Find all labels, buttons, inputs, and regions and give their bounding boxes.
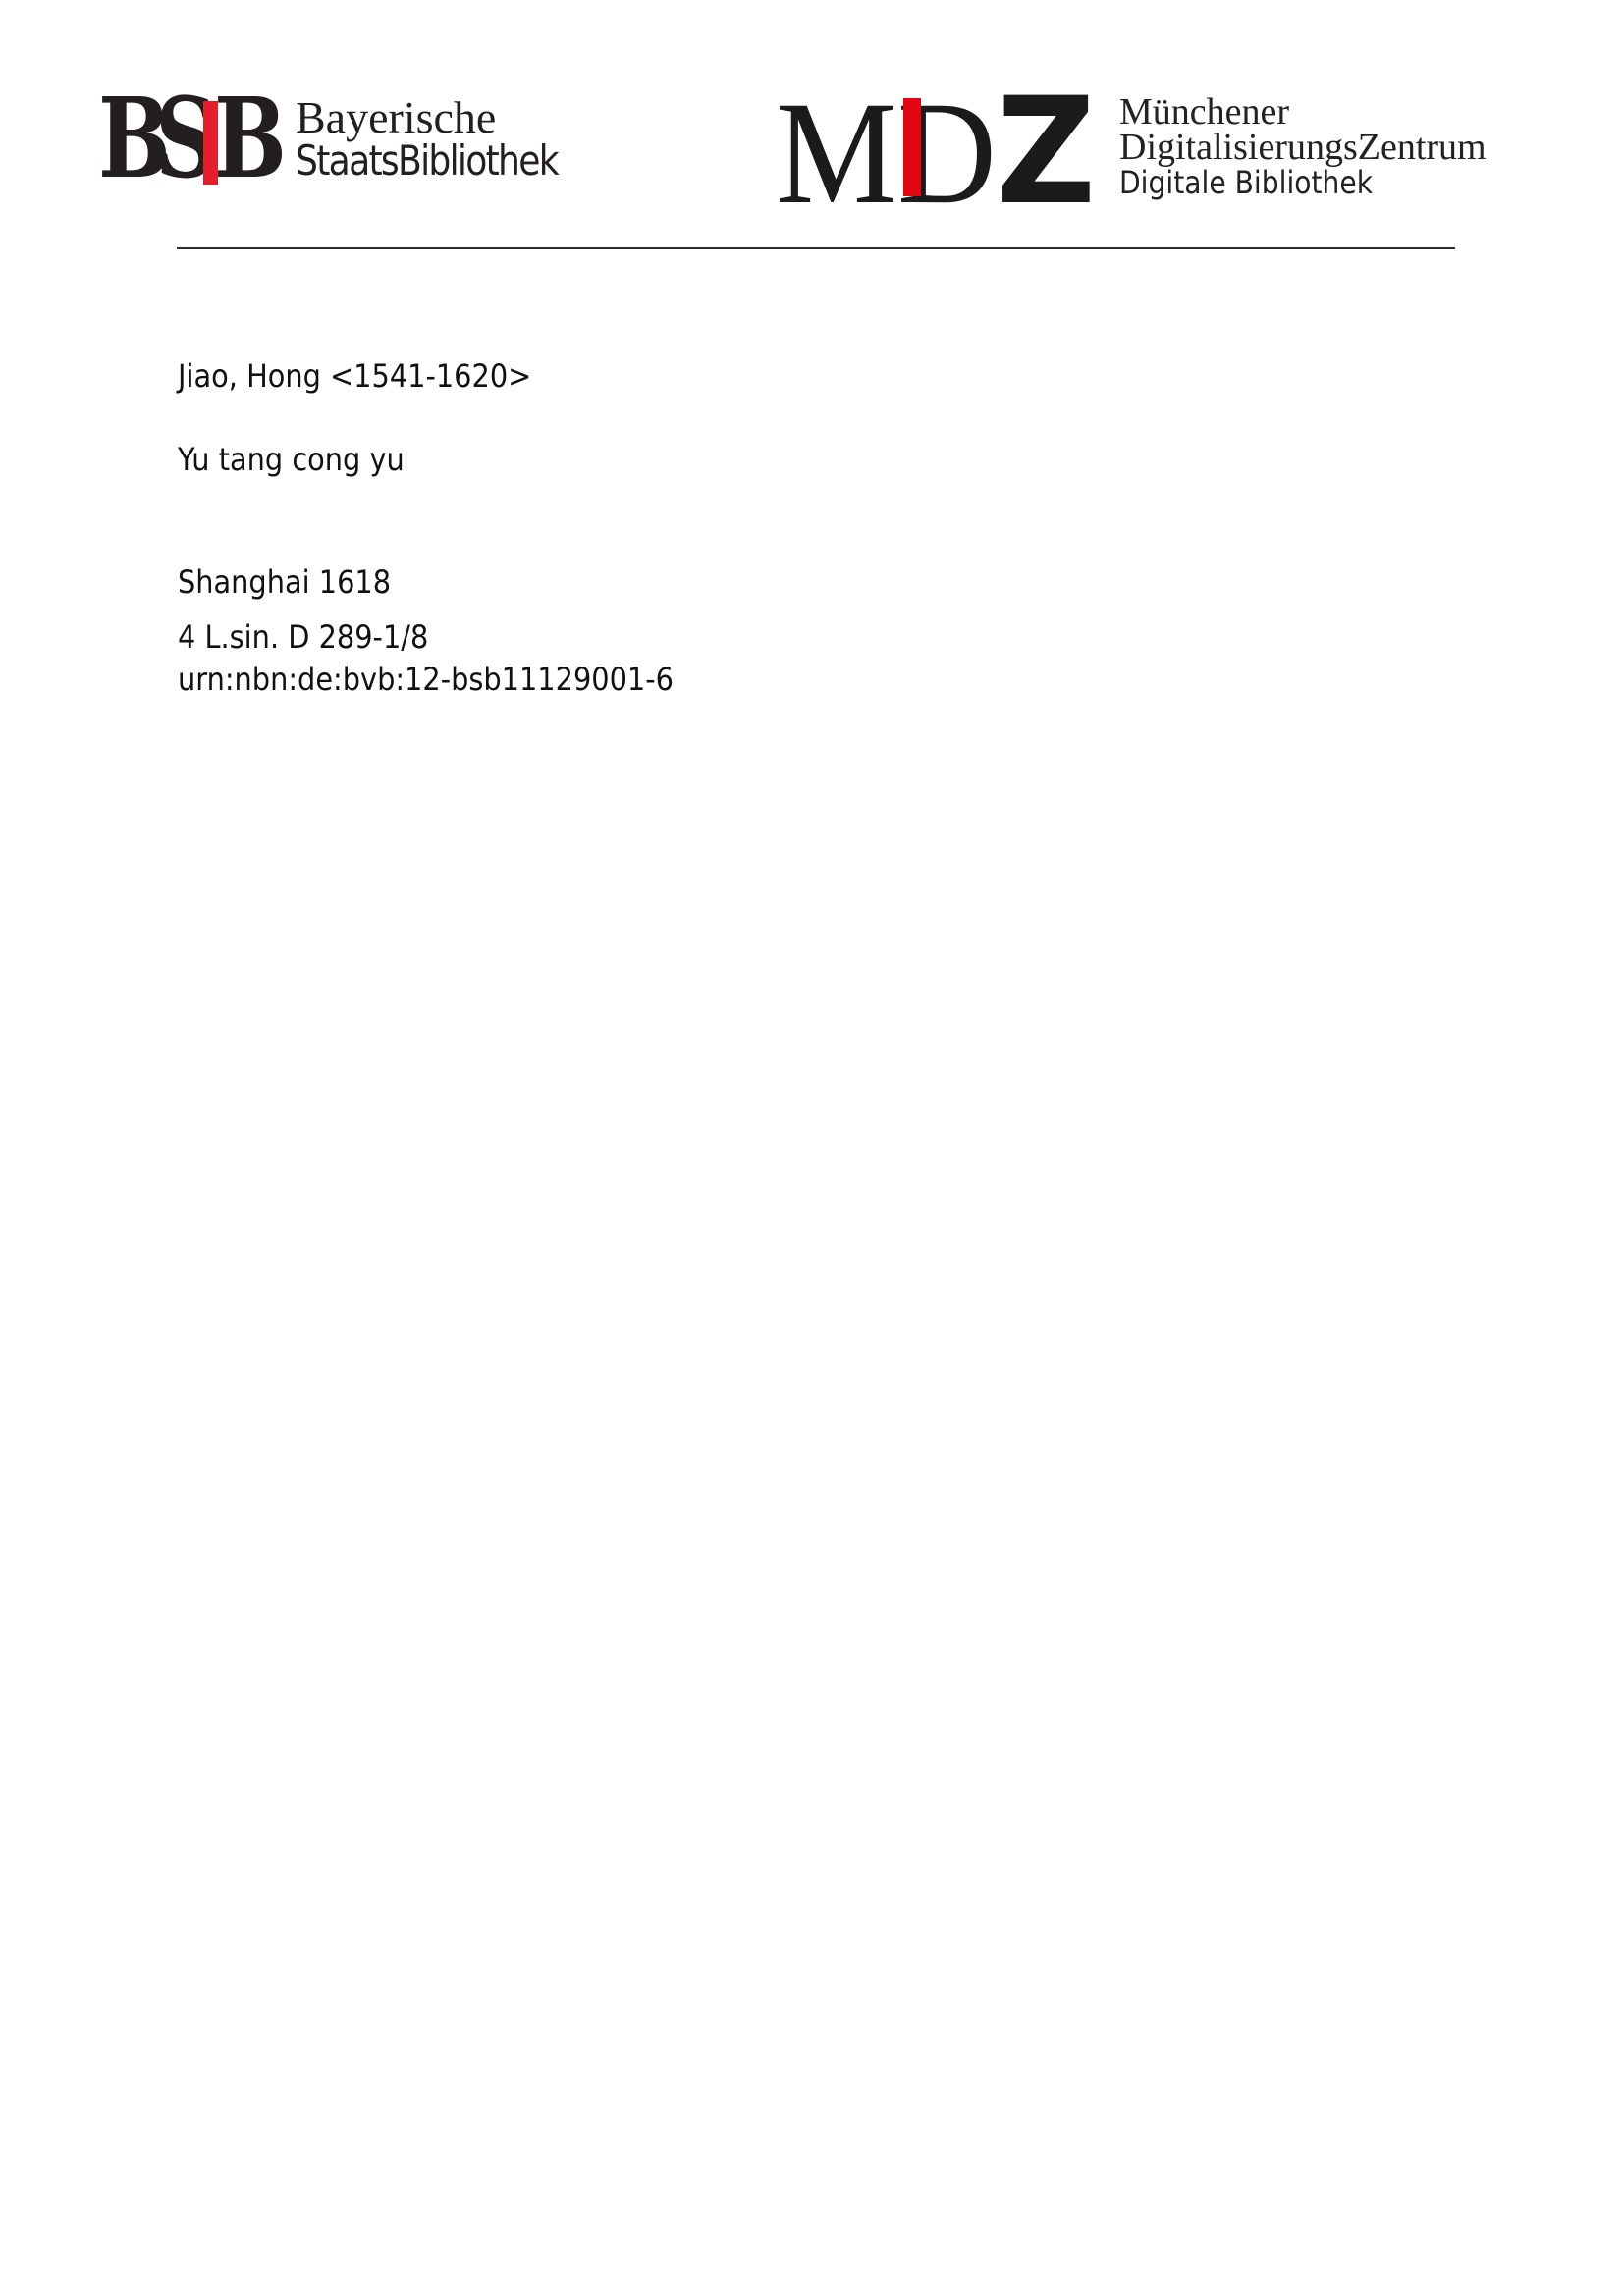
mdz-mark-letter-z: Z bbox=[997, 67, 1096, 238]
mdz-logo-text: Münchener DigitalisierungsZentrum Digita… bbox=[1119, 94, 1487, 200]
record-place-year: Shanghai 1618 bbox=[178, 563, 391, 601]
mdz-logo-line3: Digitale Bibliothek bbox=[1119, 165, 1442, 200]
mdz-red-bar bbox=[903, 98, 921, 196]
mdz-logo-line1: Münchener bbox=[1119, 94, 1487, 130]
bsb-logo-text: Bayerische StaatsBibliothek bbox=[296, 96, 600, 183]
record-author: Jiao, Hong <1541-1620> bbox=[178, 357, 531, 395]
record-shelfmark: 4 L.sin. D 289-1/8 bbox=[178, 618, 428, 656]
bsb-logo-mark: B S B bbox=[98, 98, 280, 187]
mdz-logo-mark: MDZ bbox=[776, 79, 1096, 227]
bsb-logo: B S B Bayerische StaatsBibliothek bbox=[98, 98, 648, 188]
header-divider bbox=[177, 247, 1455, 249]
mdz-logo: MDZ Münchener DigitalisierungsZentrum Di… bbox=[776, 94, 1561, 204]
mdz-mark-letter-m: M bbox=[776, 72, 897, 235]
record-urn: urn:nbn:de:bvb:12-bsb11129001-6 bbox=[178, 661, 674, 698]
bsb-logo-line1: Bayerische bbox=[296, 92, 496, 142]
record-title: Yu tang cong yu bbox=[178, 441, 405, 478]
bsb-mark-letter-b2: B bbox=[214, 84, 282, 194]
bsb-logo-line2: StaatsBibliothek bbox=[296, 139, 558, 183]
mdz-logo-line2: DigitalisierungsZentrum bbox=[1119, 130, 1487, 165]
